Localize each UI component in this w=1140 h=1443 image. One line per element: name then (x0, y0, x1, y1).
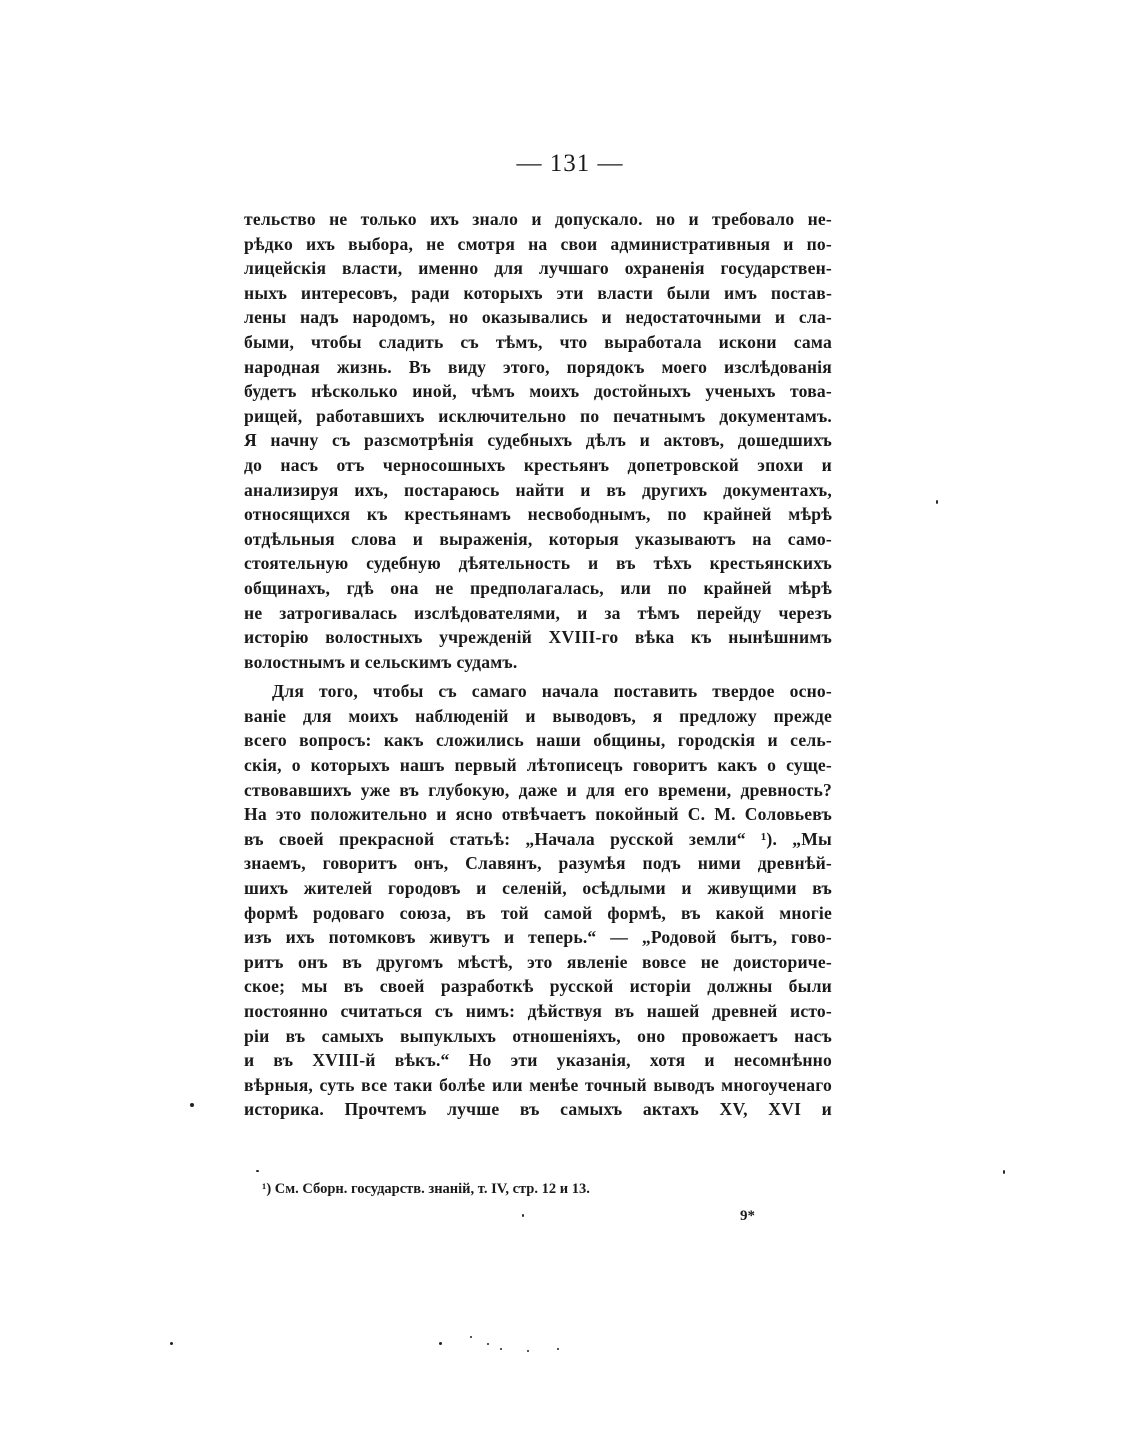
text-line: скія, о которыхъ нашъ первый лѣтописецъ … (244, 753, 832, 778)
text-line: ритъ онъ въ другомъ мѣстѣ, это явленіе в… (244, 950, 832, 975)
text-line: до насъ отъ черносошныхъ крестьянъ допет… (244, 453, 832, 478)
scan-speck (936, 500, 938, 504)
scan-speck (170, 1342, 173, 1345)
text-line: анализируя ихъ, постараюсь найти и въ др… (244, 478, 832, 503)
text-line: ваніе для моихъ наблюденій и выводовъ, я… (244, 704, 832, 729)
text-line: народная жизнь. Въ виду этого, порядокъ … (244, 355, 832, 380)
paragraph-1: тельство не только ихъ знало и допускало… (244, 207, 832, 674)
scan-speck (527, 1350, 529, 1352)
text-line: лены надъ народомъ, но оказывались и нед… (244, 305, 832, 330)
scan-speck (256, 1170, 259, 1172)
scan-speck (557, 1348, 559, 1350)
text-line: рищей, работавшихъ исключительно по печа… (244, 404, 832, 429)
text-line: исторію волостныхъ учрежденій XVIII-го в… (244, 625, 832, 650)
text-line: вѣрныя, суть все таки болѣе или менѣе то… (244, 1073, 832, 1098)
scan-speck (522, 1214, 524, 1217)
text-line: знаемъ, говоритъ онъ, Славянъ, разумѣя п… (244, 851, 832, 876)
scan-speck (470, 1336, 472, 1338)
text-line: ское; мы въ своей разработкѣ русской ист… (244, 974, 832, 999)
scan-speck (487, 1343, 489, 1345)
signature-mark: 9* (740, 1208, 755, 1225)
scan-speck (439, 1342, 442, 1345)
text-line: и въ XVIII-й вѣкъ.“ Но эти указанія, хот… (244, 1048, 832, 1073)
text-line: общинахъ, гдѣ она не предполагалась, или… (244, 576, 832, 601)
text-line: отдѣльныя слова и выраженія, которыя ука… (244, 527, 832, 552)
text-line: изъ ихъ потомковъ живутъ и теперь.“ — „Р… (244, 925, 832, 950)
text-line: формѣ родоваго союза, въ той самой формѣ… (244, 901, 832, 926)
text-line: ріи въ самыхъ выпуклыхъ отношеніяхъ, оно… (244, 1024, 832, 1049)
body-text: тельство не только ихъ знало и допускало… (244, 207, 832, 1122)
scan-speck (500, 1348, 502, 1350)
text-line: стоятельную судебную дѣятельность и въ т… (244, 551, 832, 576)
text-line: тельство не только ихъ знало и допускало… (244, 207, 832, 232)
page-number: — 131 — (0, 150, 1140, 178)
text-line: лицейскія власти, именно для лучшаго охр… (244, 256, 832, 281)
text-line: всего вопросъ: какъ сложились наши общин… (244, 728, 832, 753)
text-line: не затрогивалась изслѣдователями, и за т… (244, 601, 832, 626)
text-line: будетъ нѣсколько иной, чѣмъ моихъ достой… (244, 379, 832, 404)
text-line: Для того, чтобы съ самаго начала постави… (244, 679, 832, 704)
text-line: волостнымъ и сельскимъ судамъ. (244, 650, 832, 675)
text-line: На это положительно и ясно отвѣчаетъ пок… (244, 802, 832, 827)
text-line: въ своей прекрасной статьѣ: „Начала русс… (244, 827, 832, 852)
text-line: рѣдко ихъ выбора, не смотря на свои адми… (244, 232, 832, 257)
paragraph-2: Для того, чтобы съ самаго начала постави… (244, 679, 832, 1122)
text-line: ствовавшихъ уже въ глубокую, даже и для … (244, 778, 832, 803)
text-line: Я начну съ разсмотрѣнія судебныхъ дѣлъ и… (244, 428, 832, 453)
scan-speck (1003, 1170, 1005, 1174)
footnote: ¹) См. Сборн. государств. знаній, т. IV,… (262, 1181, 590, 1198)
scan-speck (190, 1103, 194, 1107)
scanned-book-page: — 131 — тельство не только ихъ знало и д… (0, 0, 1140, 1443)
text-line: постоянно считаться съ нимъ: дѣйствуя въ… (244, 999, 832, 1024)
text-line: ныхъ интересовъ, ради которыхъ эти власт… (244, 281, 832, 306)
text-line: относящихся къ крестьянамъ несвободнымъ,… (244, 502, 832, 527)
text-line: историка. Прочтемъ лучше въ самыхъ актах… (244, 1097, 832, 1122)
text-line: быми, чтобы сладить съ тѣмъ, что выработ… (244, 330, 832, 355)
text-line: шихъ жителей городовъ и селеній, осѣдлым… (244, 876, 832, 901)
